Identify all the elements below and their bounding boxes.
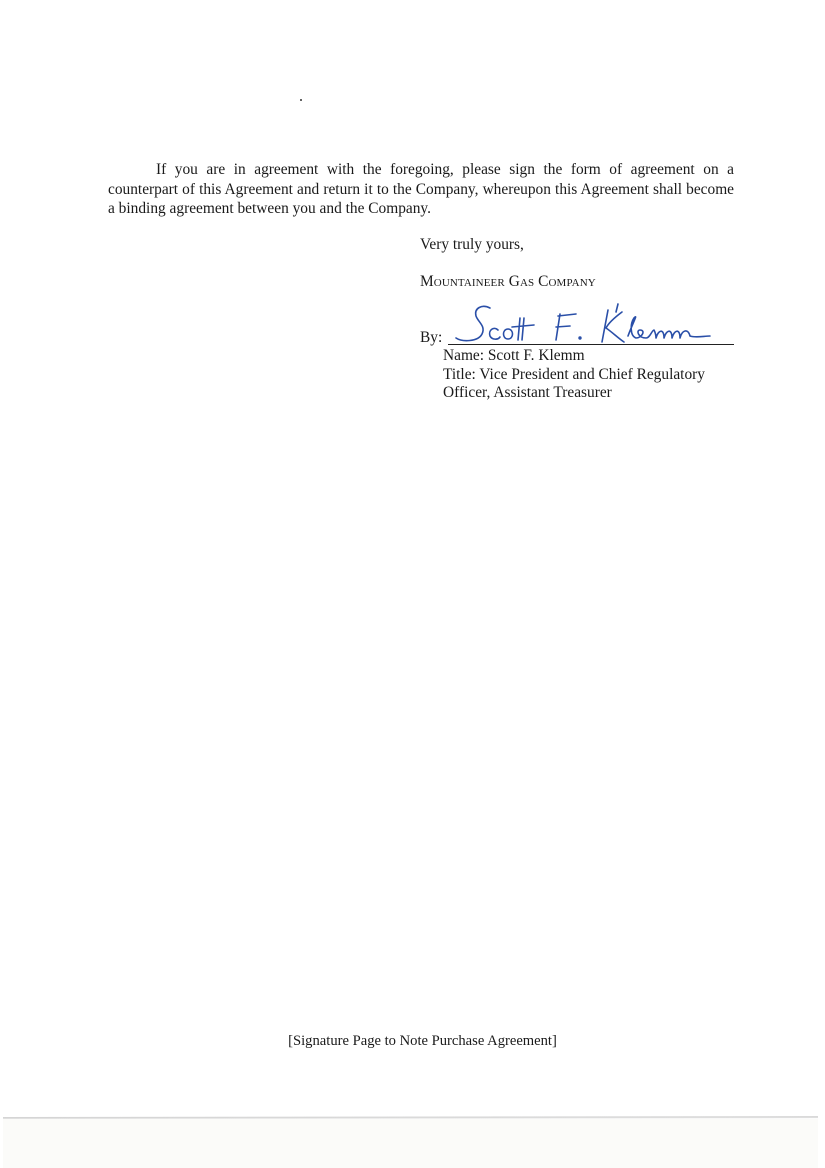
handwritten-signature <box>452 300 712 346</box>
scan-bottom-margin <box>3 1119 818 1168</box>
body-paragraph: If you are in agreement with the foregoi… <box>108 160 734 219</box>
closing-salutation: Very truly yours, <box>420 236 524 254</box>
signer-title-line-2: Officer, Assistant Treasurer <box>443 384 705 403</box>
signer-name: Name: Scott F. Klemm <box>443 347 705 366</box>
by-label: By: <box>420 329 442 347</box>
signer-title-line-1: Title: Vice President and Chief Regulato… <box>443 366 705 385</box>
signature-row: By: <box>420 300 735 348</box>
document-page: If you are in agreement with the foregoi… <box>0 0 825 1118</box>
signer-details: Name: Scott F. Klemm Title: Vice Preside… <box>443 347 705 403</box>
signature-line <box>448 344 734 345</box>
company-name: Mountaineer Gas Company <box>420 273 596 291</box>
scan-speck <box>300 99 302 101</box>
footer-caption: [Signature Page to Note Purchase Agreeme… <box>0 1033 825 1050</box>
